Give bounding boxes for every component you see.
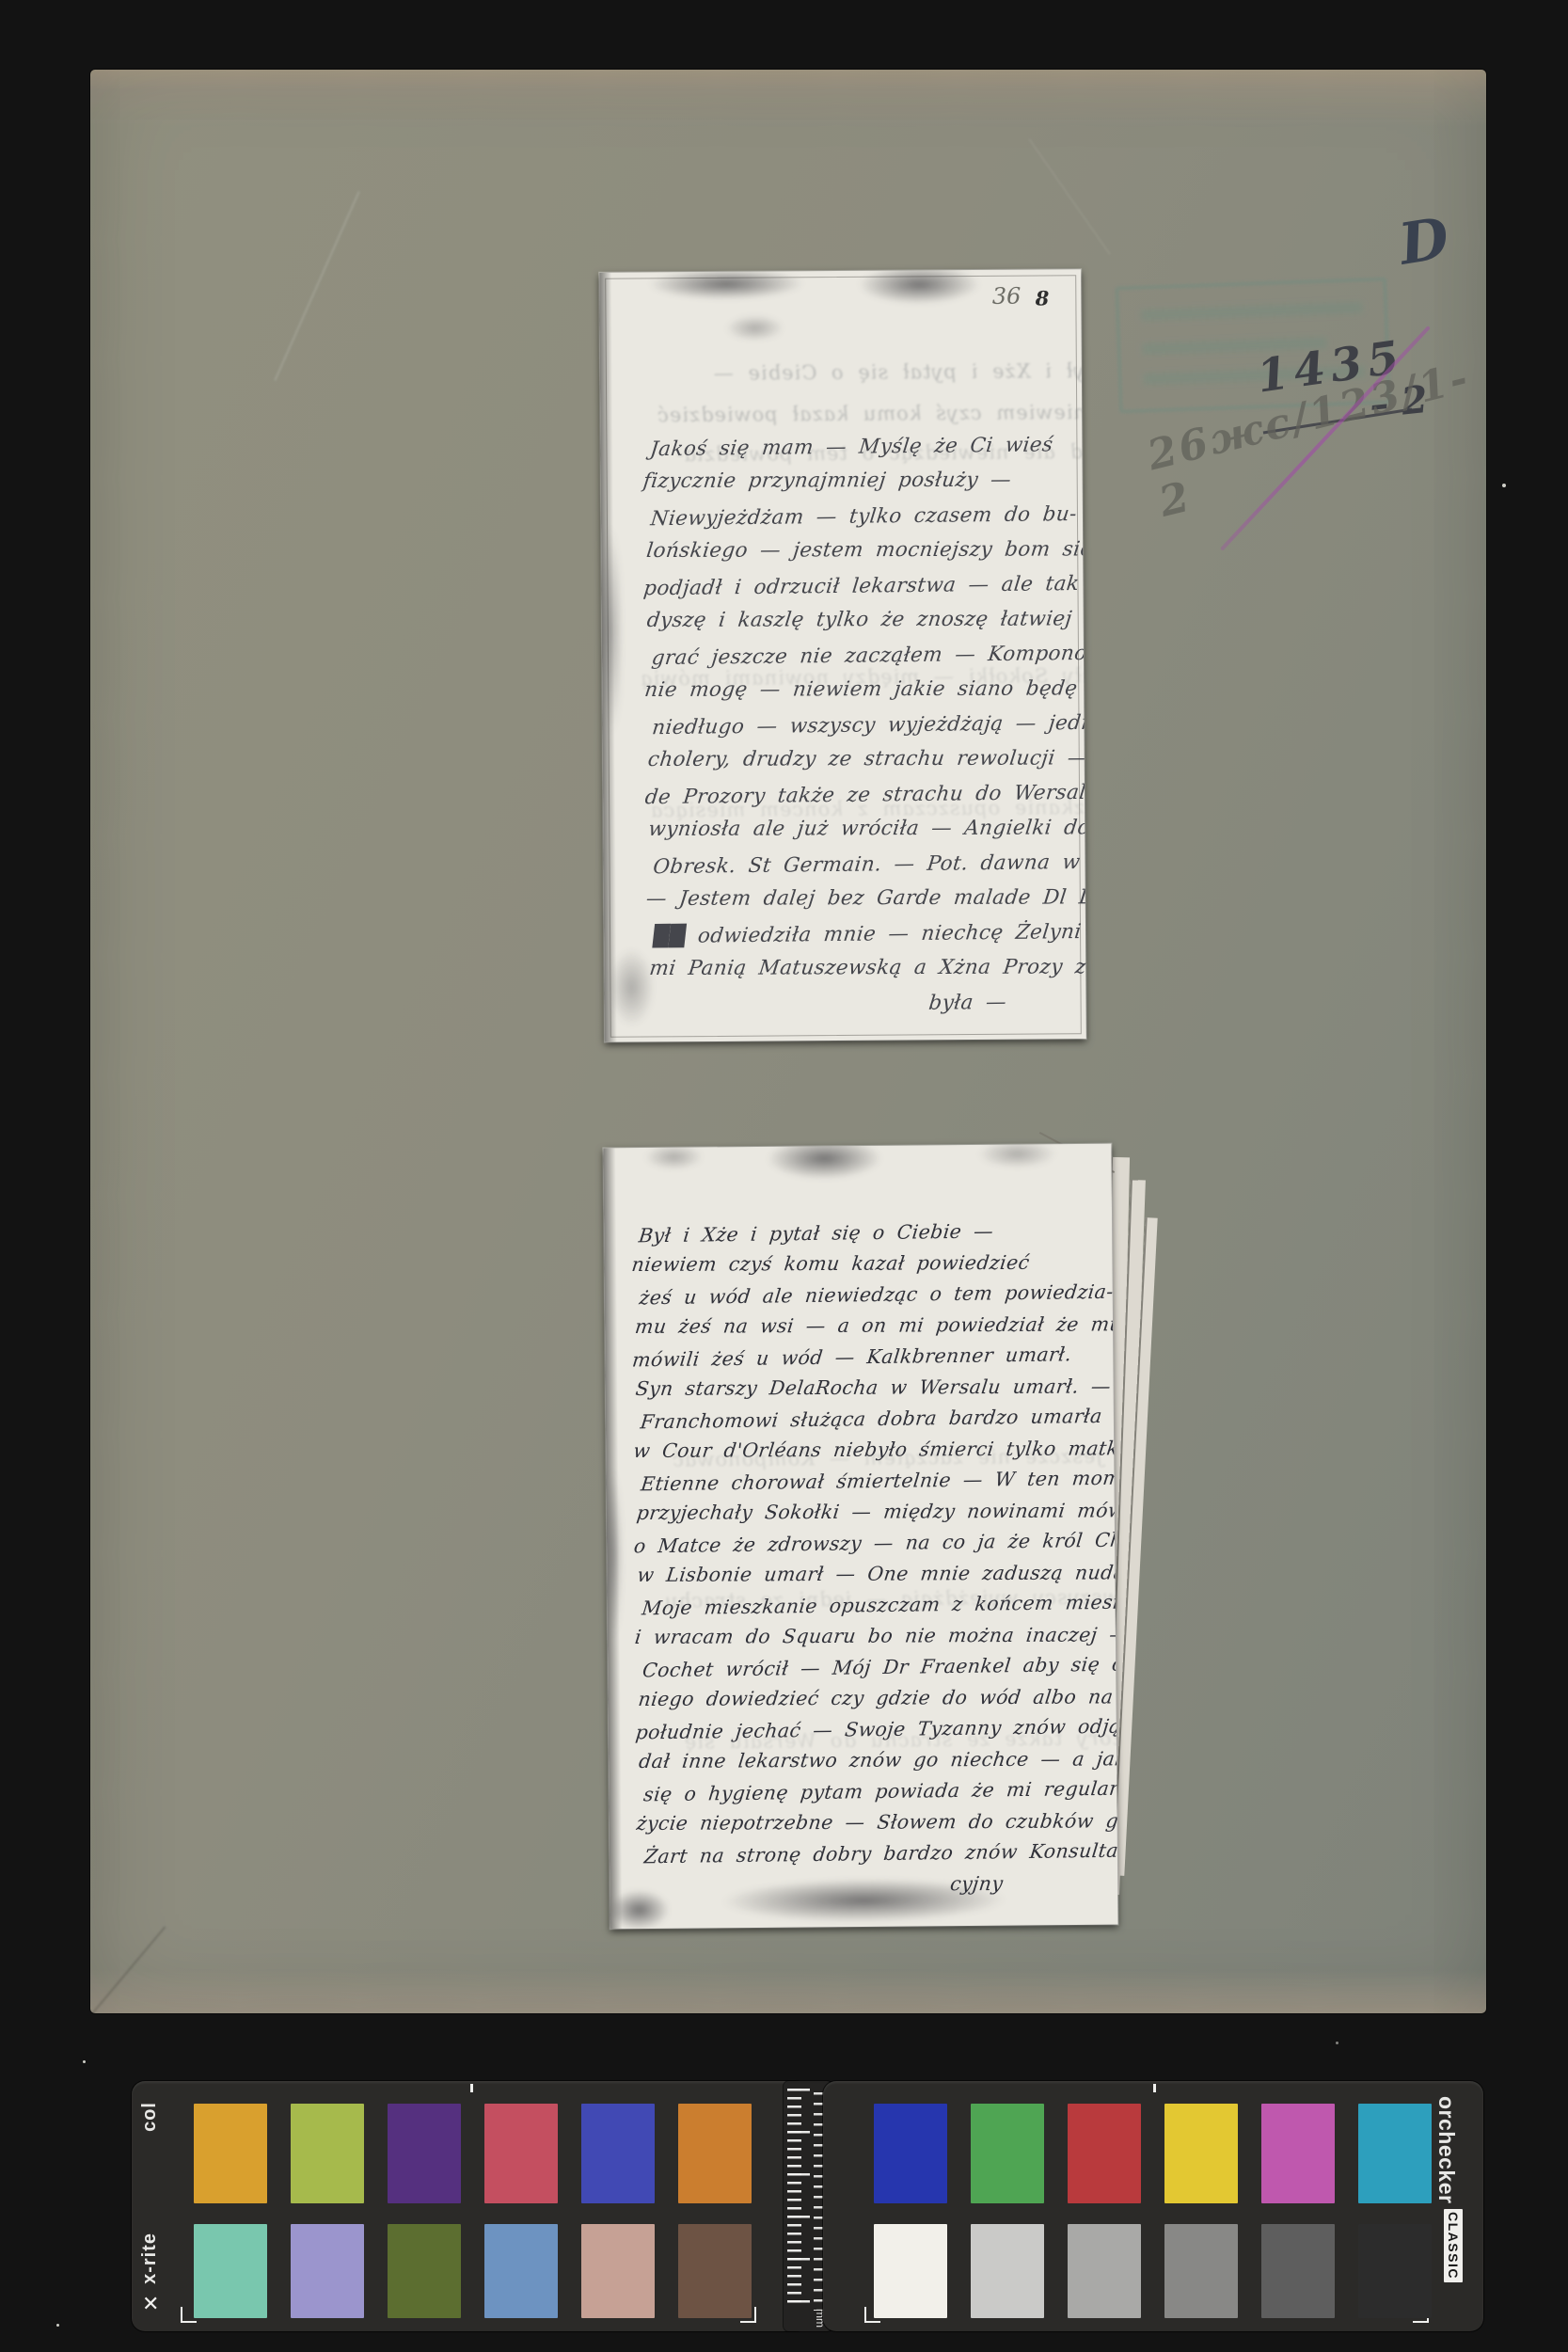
color-patch — [388, 2104, 461, 2203]
handwriting-line: się o hygienę pytam powiada że mi regula… — [641, 1772, 1117, 1810]
color-patch — [1358, 2224, 1432, 2318]
handwriting-line: niedługo — wszyscy wyjeżdżają — jedni ze… — [650, 702, 1086, 745]
letter-photo-1: 36 8 Był i Xże i pytał się o Ciebie — ni… — [599, 269, 1086, 1042]
handwriting-line: była — — [644, 980, 1086, 1024]
board-crease — [92, 1926, 166, 2013]
color-patch — [1164, 2104, 1238, 2203]
dust-speck — [56, 2324, 59, 2327]
color-patch — [1068, 2224, 1141, 2318]
color-patch — [291, 2224, 364, 2318]
handwriting-line: Obresk. St Germain. — Pot. dawna w Wersa… — [651, 841, 1086, 884]
dust-speck — [83, 2060, 86, 2063]
colorchecker-edge-label: col — [139, 2102, 161, 2132]
handwriting-line: Był i Xże i pytał się o Ciebie — — [637, 1213, 1117, 1251]
dust-speck — [1336, 2042, 1338, 2044]
registration-mark — [1153, 2084, 1156, 2092]
color-patch — [484, 2224, 558, 2318]
handwriting-line: fizycznie przynajmniej posłuży — — [641, 461, 1086, 499]
handwriting-line: Jakoś się mam — Myślę że Ci wieś — [648, 423, 1086, 467]
handwriting-line: Żart na stronę dobry bardzo znów Konsult… — [642, 1834, 1118, 1872]
classic-label: CLASSIC — [1444, 2209, 1463, 2282]
color-patch — [388, 2224, 461, 2318]
board-crease — [274, 191, 359, 381]
color-patch — [1068, 2104, 1141, 2203]
letter-photo-2: grać jeszcze nie zacząłem — Komponować n… — [603, 1144, 1117, 1930]
handwriting-line: w Lisbonie umarł — One mnie zaduszą nuda… — [636, 1557, 1118, 1591]
color-patch — [291, 2104, 364, 2203]
color-patch — [678, 2224, 752, 2318]
handwriting-line: dał inne lekarstwo znów go niechce — a j… — [637, 1743, 1117, 1777]
handwriting-line: Etienne chorował śmiertelnie — W ten mom… — [640, 1461, 1118, 1500]
handwriting-line: lońskiego — jestem mocniejszy bom się — [644, 531, 1086, 568]
handwriting-line: mu żeś na wsi — a on mi powiedział że mu — [633, 1309, 1117, 1343]
colorchecker-edge-label: orchecker — [1433, 2096, 1459, 2203]
color-patch — [678, 2104, 752, 2203]
color-patch — [971, 2104, 1044, 2203]
handwriting-line: życie niepotrzebne — Słowem do czubków g… — [635, 1805, 1118, 1839]
handwriting-line: cholery, drudzy ze strachu rewolucji — P… — [646, 739, 1086, 777]
handwriting-line: Cochet wrócił — Mój Dr Fraenkel aby się … — [641, 1647, 1117, 1686]
color-patch — [971, 2224, 1044, 2318]
color-patch — [874, 2104, 947, 2203]
color-patch — [1164, 2224, 1238, 2318]
photo-ink-mark: 8 — [1036, 286, 1050, 310]
x-rite-wordmark: x-rite — [139, 2233, 161, 2284]
handwriting-line: Franchomowi służąca dobra bardzo umarła — [639, 1399, 1118, 1438]
color-patch — [581, 2104, 655, 2203]
patch-row — [194, 2104, 752, 2203]
color-patch — [194, 2224, 267, 2318]
handwriting-line: cyjny — [638, 1867, 1117, 1901]
registration-mark — [470, 2084, 473, 2092]
handwriting-line: de Prozory także ze strachu do Wersalu s… — [643, 771, 1086, 815]
handwriting-line: nie mogę — niewiem jakie siano będę jadł — [642, 670, 1086, 707]
handwriting-line: wyniosła ale już wróciła — Angielki do S… — [646, 809, 1086, 847]
archive-scan: D 1435 – 2 26жс/123/1-2 36 8 Był i Xże i… — [0, 0, 1568, 2352]
handwriting-line: dyszę i kaszlę tylko że znoszę łatwiej — — [645, 600, 1086, 638]
ink-letter-mark: D — [1395, 205, 1453, 278]
handwriting-line: ██ odwiedziła mnie — niechcę Żelyni — sa… — [652, 911, 1086, 954]
color-patch — [1358, 2104, 1432, 2203]
handwriting-line: Moje mieszkanie opuszczam z końcem miesi… — [641, 1585, 1118, 1624]
handwriting-line: mi Panią Matuszewską a Xżna Prozy za mam… — [647, 948, 1086, 986]
letter-text-page-2: Był i Xże i pytał się o Ciebie —niewiem … — [634, 1215, 1118, 1902]
handwriting-line: przyjechały Sokołki — między nowinami mó… — [635, 1495, 1118, 1529]
letter-text-page-1: Jakoś się mam — Myślę że Ci wieśfizyczni… — [645, 425, 1086, 1023]
mount-board: D 1435 – 2 26жс/123/1-2 36 8 Był i Xże i… — [90, 70, 1486, 2013]
color-patch — [484, 2104, 558, 2203]
handwriting-line: o Matce że zdrowszy — na co ja że król C… — [632, 1523, 1117, 1562]
handwriting-line: Niewyjeżdżam — tylko czasem do bu- — [649, 493, 1086, 536]
dust-speck — [1502, 484, 1506, 487]
handwriting-line: — Jestem dalej bez Garde malade Dl Lyden… — [644, 879, 1086, 916]
handwriting-line: podjadł i odrzucił lekarstwa — ale tak s… — [641, 563, 1086, 606]
color-patch — [1261, 2104, 1335, 2203]
handwriting-line: żeś u wód ale niewiedząc o tem powiedzia… — [638, 1275, 1118, 1313]
colorchecker-right-card: orchecker CLASSIC — [823, 2081, 1483, 2331]
color-patch — [874, 2224, 947, 2318]
handwriting-line: mówili żeś u wód — Kalkbrenner umarł. — [630, 1337, 1117, 1375]
handwriting-line: niego dowiedzieć czy gdzie do wód albo n… — [637, 1681, 1118, 1715]
bleed-through-line: niewiem czyś komu kazał powiedzieć — [656, 401, 1086, 426]
patch-row — [874, 2224, 1432, 2318]
x-rite-logo-icon: ✕ — [142, 2293, 159, 2316]
handwriting-line: niewiem czyś komu kazał powiedzieć — [630, 1247, 1118, 1280]
color-patch — [1261, 2224, 1335, 2318]
handwriting-line: w Cour d'Orléans niebyło śmierci tylko m… — [631, 1433, 1117, 1467]
color-patch — [194, 2104, 267, 2203]
photo-page-number: 36 — [992, 283, 1022, 310]
handwriting-line: grać jeszcze nie zacząłem — Komponować — [650, 632, 1086, 675]
handwriting-line: południe jechać — Swoje Tyzanny znów odj… — [634, 1709, 1118, 1748]
colorchecker-left-card: col x-rite ✕ — [132, 2081, 809, 2331]
board-crease — [1028, 138, 1111, 255]
handwriting-line: Syn starszy DelaRocha w Wersalu umarł. — — [634, 1371, 1118, 1405]
ruler-ticks-long — [787, 2089, 810, 2307]
patch-row — [194, 2224, 752, 2318]
patch-row — [874, 2104, 1432, 2203]
handwriting-line: i wracam do Squaru bo nie można inaczej … — [633, 1619, 1117, 1653]
bleed-through-line: Był i Xże i pytał się o Ciebie — — [712, 359, 1086, 385]
color-patch — [581, 2224, 655, 2318]
